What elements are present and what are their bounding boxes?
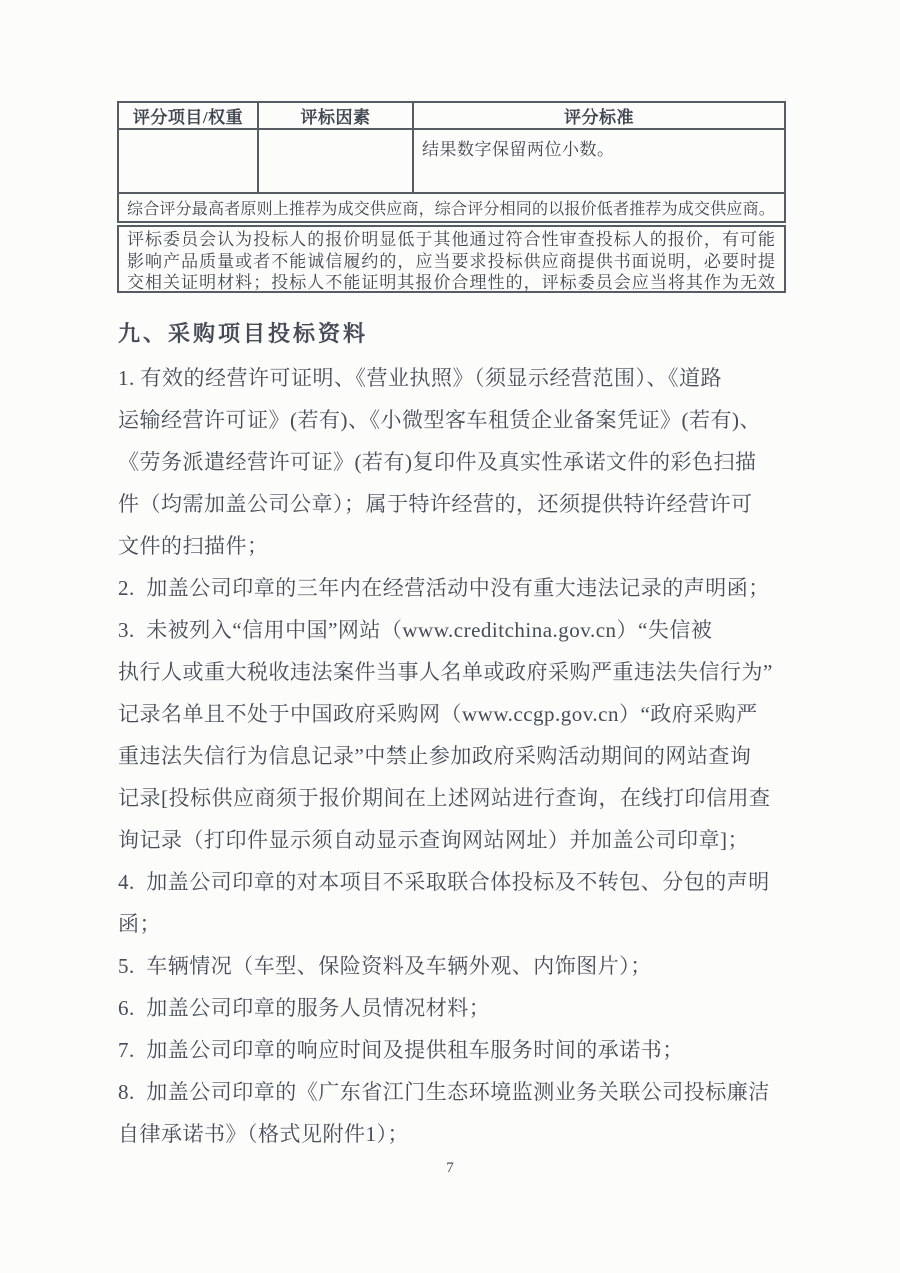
- bid-materials-line: 运输经营许可证》(若有)、《小微型客车租赁企业备案凭证》(若有)、: [118, 399, 818, 441]
- bid-materials-line: 6. 加盖公司印章的服务人员情况材料；: [118, 987, 818, 1029]
- bid-materials-line: 重违法失信行为信息记录”中禁止参加政府采购活动期间的网站查询: [118, 735, 818, 777]
- col-header-item-weight: 评分项目/权重: [118, 102, 258, 129]
- bid-materials-line: 执行人或重大税收违法案件当事人名单或政府采购严重违法失信行为”: [118, 651, 818, 693]
- bid-materials-line: 2. 加盖公司印章的三年内在经营活动中没有重大违法记录的声明函；: [118, 567, 818, 609]
- price-review-note-box: 评标委员会认为投标人的报价明显低于其他通过符合性审查投标人的报价，有可能影响产品…: [117, 225, 786, 293]
- bid-materials-line: 8. 加盖公司印章的《广东省江门生态环境监测业务关联公司投标廉洁: [118, 1071, 818, 1113]
- col-header-standard: 评分标准: [413, 102, 785, 129]
- bid-materials-line: 5. 车辆情况（车型、保险资料及车辆外观、内饰图片）；: [118, 945, 818, 987]
- bid-materials-line: 《劳务派遣经营许可证》(若有)复印件及真实性承诺文件的彩色扫描: [118, 441, 818, 483]
- section-heading: 九、采购项目投标资料: [118, 317, 368, 348]
- bid-materials-line: 1. 有效的经营许可证明、《营业执照》（须显示经营范围）、《道路: [118, 357, 818, 399]
- scoring-table-detail-row: 结果数字保留两位小数。: [118, 129, 785, 193]
- bid-materials-line: 函；: [118, 903, 818, 945]
- bid-materials-list: 1. 有效的经营许可证明、《营业执照》（须显示经营范围）、《道路运输经营许可证》…: [118, 357, 818, 1155]
- cell-item-weight: [118, 129, 258, 193]
- bid-materials-line: 文件的扫描件；: [118, 525, 818, 567]
- summary-text: 综合评分最高者原则上推荐为成交供应商，综合评分相同的以报价低者推荐为成交供应商。: [118, 193, 785, 222]
- bid-materials-line: 4. 加盖公司印章的对本项目不采取联合体投标及不转包、分包的声明: [118, 861, 818, 903]
- col-header-factor: 评标因素: [258, 102, 413, 129]
- scoring-table-header-row: 评分项目/权重 评标因素 评分标准: [118, 102, 785, 129]
- page-number: 7: [0, 1160, 900, 1177]
- bid-materials-line: 3. 未被列入“信用中国”网站（www.creditchina.gov.cn）“…: [118, 609, 818, 651]
- bid-materials-line: 件（均需加盖公司公章）；属于特许经营的，还须提供特许经营许可: [118, 483, 818, 525]
- scoring-table-summary-row: 综合评分最高者原则上推荐为成交供应商，综合评分相同的以报价低者推荐为成交供应商。: [118, 193, 785, 222]
- bid-materials-line: 7. 加盖公司印章的响应时间及提供租车服务时间的承诺书；: [118, 1029, 818, 1071]
- cell-factor: [258, 129, 413, 193]
- bid-materials-line: 记录[投标供应商须于报价期间在上述网站进行查询，在线打印信用查: [118, 777, 818, 819]
- scoring-table: 评分项目/权重 评标因素 评分标准 结果数字保留两位小数。 综合评分最高者原则上…: [117, 101, 786, 223]
- bid-materials-line: 自律承诺书》（格式见附件1）；: [118, 1113, 818, 1155]
- bid-materials-line: 询记录（打印件显示须自动显示查询网站网址）并加盖公司印章]；: [118, 819, 818, 861]
- document-page: 评分项目/权重 评标因素 评分标准 结果数字保留两位小数。 综合评分最高者原则上…: [0, 0, 900, 1273]
- cell-standard: 结果数字保留两位小数。: [413, 129, 785, 193]
- bid-materials-line: 记录名单且不处于中国政府采购网（www.ccgp.gov.cn）“政府采购严: [118, 693, 818, 735]
